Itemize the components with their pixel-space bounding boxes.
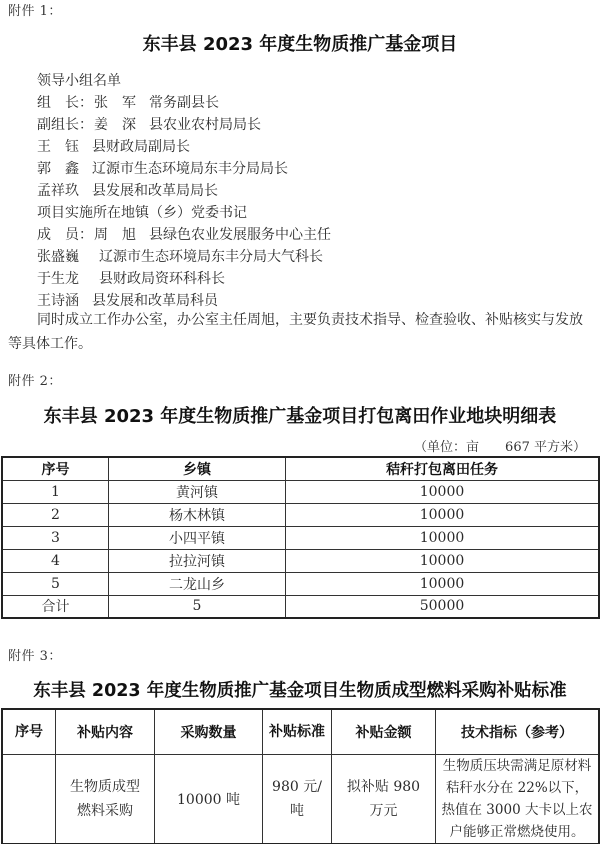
member-row: 副组长：姜 深县农业农村局局长 [37, 114, 261, 134]
cell-amount: 拟补贴 980 万元 [332, 754, 436, 844]
member-name: 王 钰 [37, 136, 92, 156]
cell-task: 10000 [286, 480, 600, 503]
annex1-title: 东丰县 2023 年度生物质推广基金项目 [0, 30, 600, 56]
member-row: 于生龙县财政局资环科科长 [37, 268, 225, 288]
header-quantity: 采购数量 [155, 709, 263, 754]
header-serial: 序号 [2, 709, 56, 754]
header-serial: 序号 [2, 457, 109, 480]
header-tech-index: 技术指标（参考） [436, 709, 600, 754]
member-name: 姜 深 [94, 114, 149, 134]
member-role: 成 员： [37, 224, 94, 244]
cell-town: 杨木林镇 [109, 503, 286, 526]
leadership-subtitle: 领导小组名单 [37, 70, 121, 90]
header-town: 乡镇 [109, 457, 286, 480]
member-row: 组 长：张 军常务副县长 [37, 92, 219, 112]
annex3-label: 附件 3： [8, 645, 62, 664]
member-row: 成 员：周 旭县绿色农业发展服务中心主任 [37, 224, 331, 244]
member-name: 张 军 [94, 92, 149, 112]
cell-content: 生物质成型燃料采购 [56, 754, 155, 844]
table-row: 2 杨木林镇 10000 [2, 503, 599, 526]
cell-total-count: 5 [109, 595, 286, 618]
cell-serial: 1 [2, 480, 109, 503]
table-row: 4 拉拉河镇 10000 [2, 549, 599, 572]
subsidy-standard-table: 序号 补贴内容 采购数量 补贴标准 补贴金额 技术指标（参考） 生物质成型燃料采… [1, 708, 600, 844]
member-row: 项目实施所在地镇（乡）党委书记 [37, 202, 247, 222]
annex2-title: 东丰县 2023 年度生物质推广基金项目打包离田作业地块明细表 [0, 402, 600, 428]
cell-total-task: 50000 [286, 595, 600, 618]
unit-note: （单位：亩 667 平方米） [414, 436, 586, 455]
member-position: 县发展和改革局局长 [92, 180, 218, 200]
member-row: 王诗涵县发展和改革局科员 [37, 290, 218, 310]
cell-tech-index: 生物质压块需满足原材料秸秆水分在 22%以下，热值在 3000 大卡以上农户能够… [436, 754, 600, 844]
member-position: 县发展和改革局科员 [92, 290, 218, 310]
cell-standard: 980 元/吨 [263, 754, 332, 844]
member-position: 县财政局副局长 [92, 136, 190, 156]
cell-total-label: 合计 [2, 595, 109, 618]
member-name: 孟祥玖 [37, 180, 92, 200]
cell-town: 黄河镇 [109, 480, 286, 503]
office-paragraph: 同时成立工作办公室，办公室主任周旭，主要负责技术指导、检查验收、补贴核实与发放等… [8, 308, 592, 356]
member-row: 孟祥玖县发展和改革局局长 [37, 180, 218, 200]
table-row: 1 黄河镇 10000 [2, 480, 599, 503]
member-name: 王诗涵 [37, 290, 92, 310]
cell-serial: 5 [2, 572, 109, 595]
member-row: 王 钰县财政局副局长 [37, 136, 190, 156]
table-row: 5 二龙山乡 10000 [2, 572, 599, 595]
header-standard: 补贴标准 [263, 709, 332, 754]
member-name: 郭 鑫 [37, 158, 92, 178]
header-amount: 补贴金额 [332, 709, 436, 754]
table-row: 3 小四平镇 10000 [2, 526, 599, 549]
member-position: 县绿色农业发展服务中心主任 [149, 224, 331, 244]
table-total-row: 合计 5 50000 [2, 595, 599, 618]
cell-town: 拉拉河镇 [109, 549, 286, 572]
member-name: 于生龙 [37, 268, 99, 288]
cell-town: 二龙山乡 [109, 572, 286, 595]
cell-serial: 4 [2, 549, 109, 572]
annex2-label: 附件 2： [8, 370, 62, 389]
cell-town: 小四平镇 [109, 526, 286, 549]
plot-detail-table: 序号 乡镇 秸秆打包离田任务 1 黄河镇 10000 2 杨木林镇 10000 … [1, 456, 600, 619]
cell-serial [2, 754, 56, 844]
cell-task: 10000 [286, 572, 600, 595]
annex3-title: 东丰县 2023 年度生物质推广基金项目生物质成型燃料采购补贴标准 [0, 677, 600, 702]
cell-task: 10000 [286, 526, 600, 549]
table-header-row: 序号 补贴内容 采购数量 补贴标准 补贴金额 技术指标（参考） [2, 709, 599, 754]
cell-quantity: 10000 吨 [155, 754, 263, 844]
annex1-label: 附件 1： [8, 0, 62, 19]
cell-serial: 2 [2, 503, 109, 526]
member-position: 县农业农村局局长 [149, 114, 261, 134]
header-task: 秸秆打包离田任务 [286, 457, 600, 480]
member-position: 常务副县长 [149, 92, 219, 112]
cell-task: 10000 [286, 503, 600, 526]
member-role: 副组长： [37, 114, 94, 134]
member-position: 辽源市生态环境局东丰分局局长 [92, 158, 288, 178]
member-position: 县财政局资环科科长 [99, 268, 225, 288]
member-name: 张盛巍 [37, 246, 99, 266]
member-name: 周 旭 [94, 224, 149, 244]
member-position: 辽源市生态环境局东丰分局大气科长 [99, 246, 323, 266]
cell-task: 10000 [286, 549, 600, 572]
member-position: 项目实施所在地镇（乡）党委书记 [37, 202, 247, 222]
header-content: 补贴内容 [56, 709, 155, 754]
table-row: 生物质成型燃料采购 10000 吨 980 元/吨 拟补贴 980 万元 生物质… [2, 754, 599, 844]
table-header-row: 序号 乡镇 秸秆打包离田任务 [2, 457, 599, 480]
cell-serial: 3 [2, 526, 109, 549]
member-row: 张盛巍辽源市生态环境局东丰分局大气科长 [37, 246, 323, 266]
member-row: 郭 鑫辽源市生态环境局东丰分局局长 [37, 158, 288, 178]
member-role: 组 长： [37, 92, 94, 112]
